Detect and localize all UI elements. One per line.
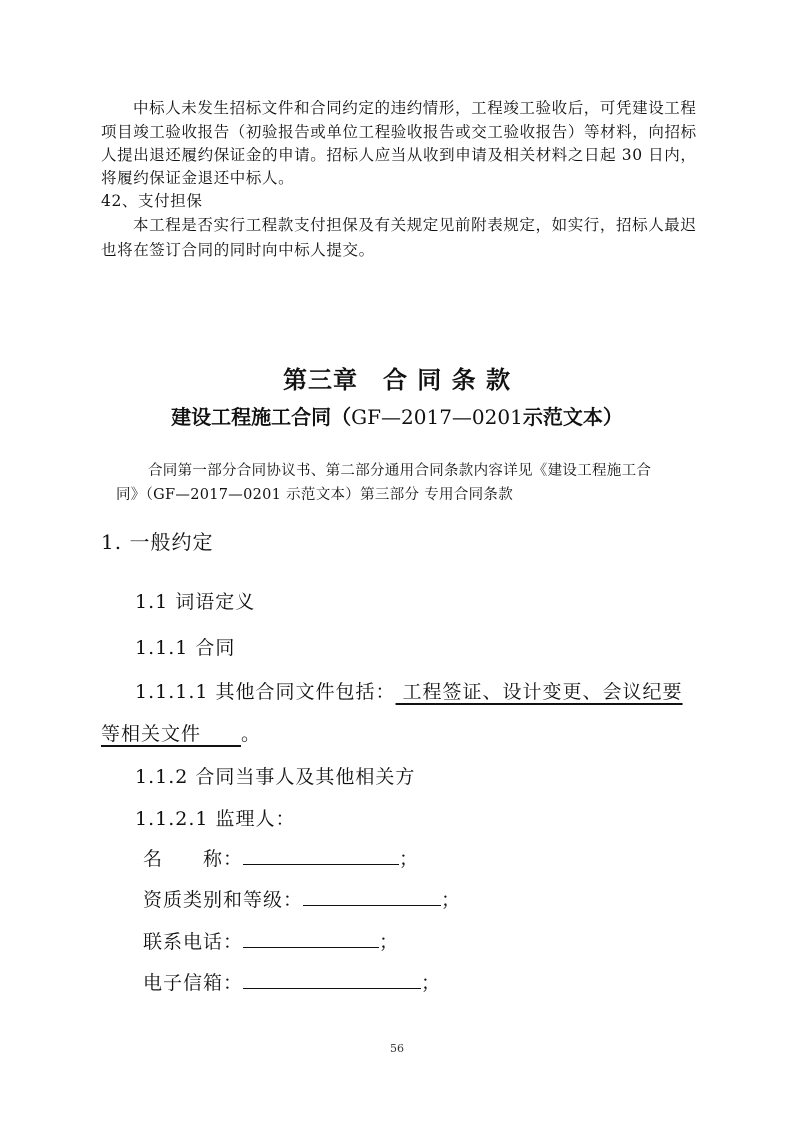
field-name: 名 称：； — [143, 844, 419, 871]
intro-line: 合同第一部分合同协议书、第二部分通用合同条款内容详见《建设工程施工合 — [148, 459, 651, 480]
paragraph-line: 人提出退还履约保证金的申请。招标人应当从收到申请及相关材料之日起 30 日内， — [101, 143, 696, 165]
heading-1: 1. 一般约定 — [101, 526, 213, 555]
contract-title-suffix: 示范文本） — [523, 405, 623, 429]
item-1-1-1-1-cont: 等相关文件 。 — [101, 719, 261, 746]
blank-field[interactable] — [303, 887, 441, 906]
heading-1-1-2-1: 1.1.2.1 监理人： — [135, 804, 296, 831]
field-qualification: 资质类别和等级：； — [143, 885, 461, 912]
field-label: 联系电话： — [143, 931, 243, 953]
section-42-heading: 42、支付担保 — [101, 189, 202, 211]
paragraph-line: 将履约保证金退还中标人。 — [101, 166, 294, 188]
contract-title: 建设工程施工合同（GF—2017—0201示范文本） — [0, 401, 794, 430]
item-label: 1.1.1.1 其他合同文件包括： — [135, 681, 396, 703]
chapter-title: 第三章 合 同 条 款 — [0, 360, 794, 395]
heading-1-1: 1.1 词语定义 — [135, 587, 255, 614]
paragraph-line: 中标人未发生招标文件和合同约定的违约情形，工程竣工验收后，可凭建设工程 — [133, 96, 697, 118]
blank-field[interactable] — [243, 970, 421, 989]
period: 。 — [241, 723, 261, 745]
paragraph-line: 也将在签订合同的同时向中标人提交。 — [101, 238, 375, 260]
field-label: 电子信箱： — [143, 972, 243, 994]
page-number: 56 — [0, 1042, 794, 1055]
field-phone: 联系电话：； — [143, 927, 399, 954]
blank-field[interactable] — [243, 846, 399, 865]
field-label: 资质类别和等级： — [143, 889, 303, 911]
semicolon: ； — [379, 931, 399, 953]
field-label: 名 称： — [143, 848, 243, 870]
semicolon: ； — [421, 972, 441, 994]
paragraph-line: 项目竣工验收报告（初验报告或单位工程验收报告或交工验收报告）等材料，向招标 — [101, 120, 697, 142]
item-1-1-1-1: 1.1.1.1 其他合同文件包括： 工程签证、设计变更、会议纪要 — [135, 677, 683, 704]
intro-line: 同》（GF—2017—0201 示范文本）第三部分 专用合同条款 — [116, 483, 513, 504]
contract-title-prefix: 建设工程施工合同（ — [171, 405, 351, 429]
semicolon: ； — [441, 889, 461, 911]
filled-value: 等相关文件 — [101, 723, 241, 745]
heading-1-1-1: 1.1.1 合同 — [135, 633, 235, 660]
paragraph-line: 本工程是否实行工程款支付担保及有关规定见前附表规定，如实行，招标人最迟 — [133, 213, 697, 235]
semicolon: ； — [399, 848, 419, 870]
field-email: 电子信箱：； — [143, 968, 441, 995]
blank-field[interactable] — [243, 929, 379, 948]
heading-1-1-2: 1.1.2 合同当事人及其他相关方 — [135, 762, 415, 789]
filled-value: 工程签证、设计变更、会议纪要 — [396, 681, 683, 703]
contract-title-code: GF—2017—0201 — [351, 405, 523, 429]
